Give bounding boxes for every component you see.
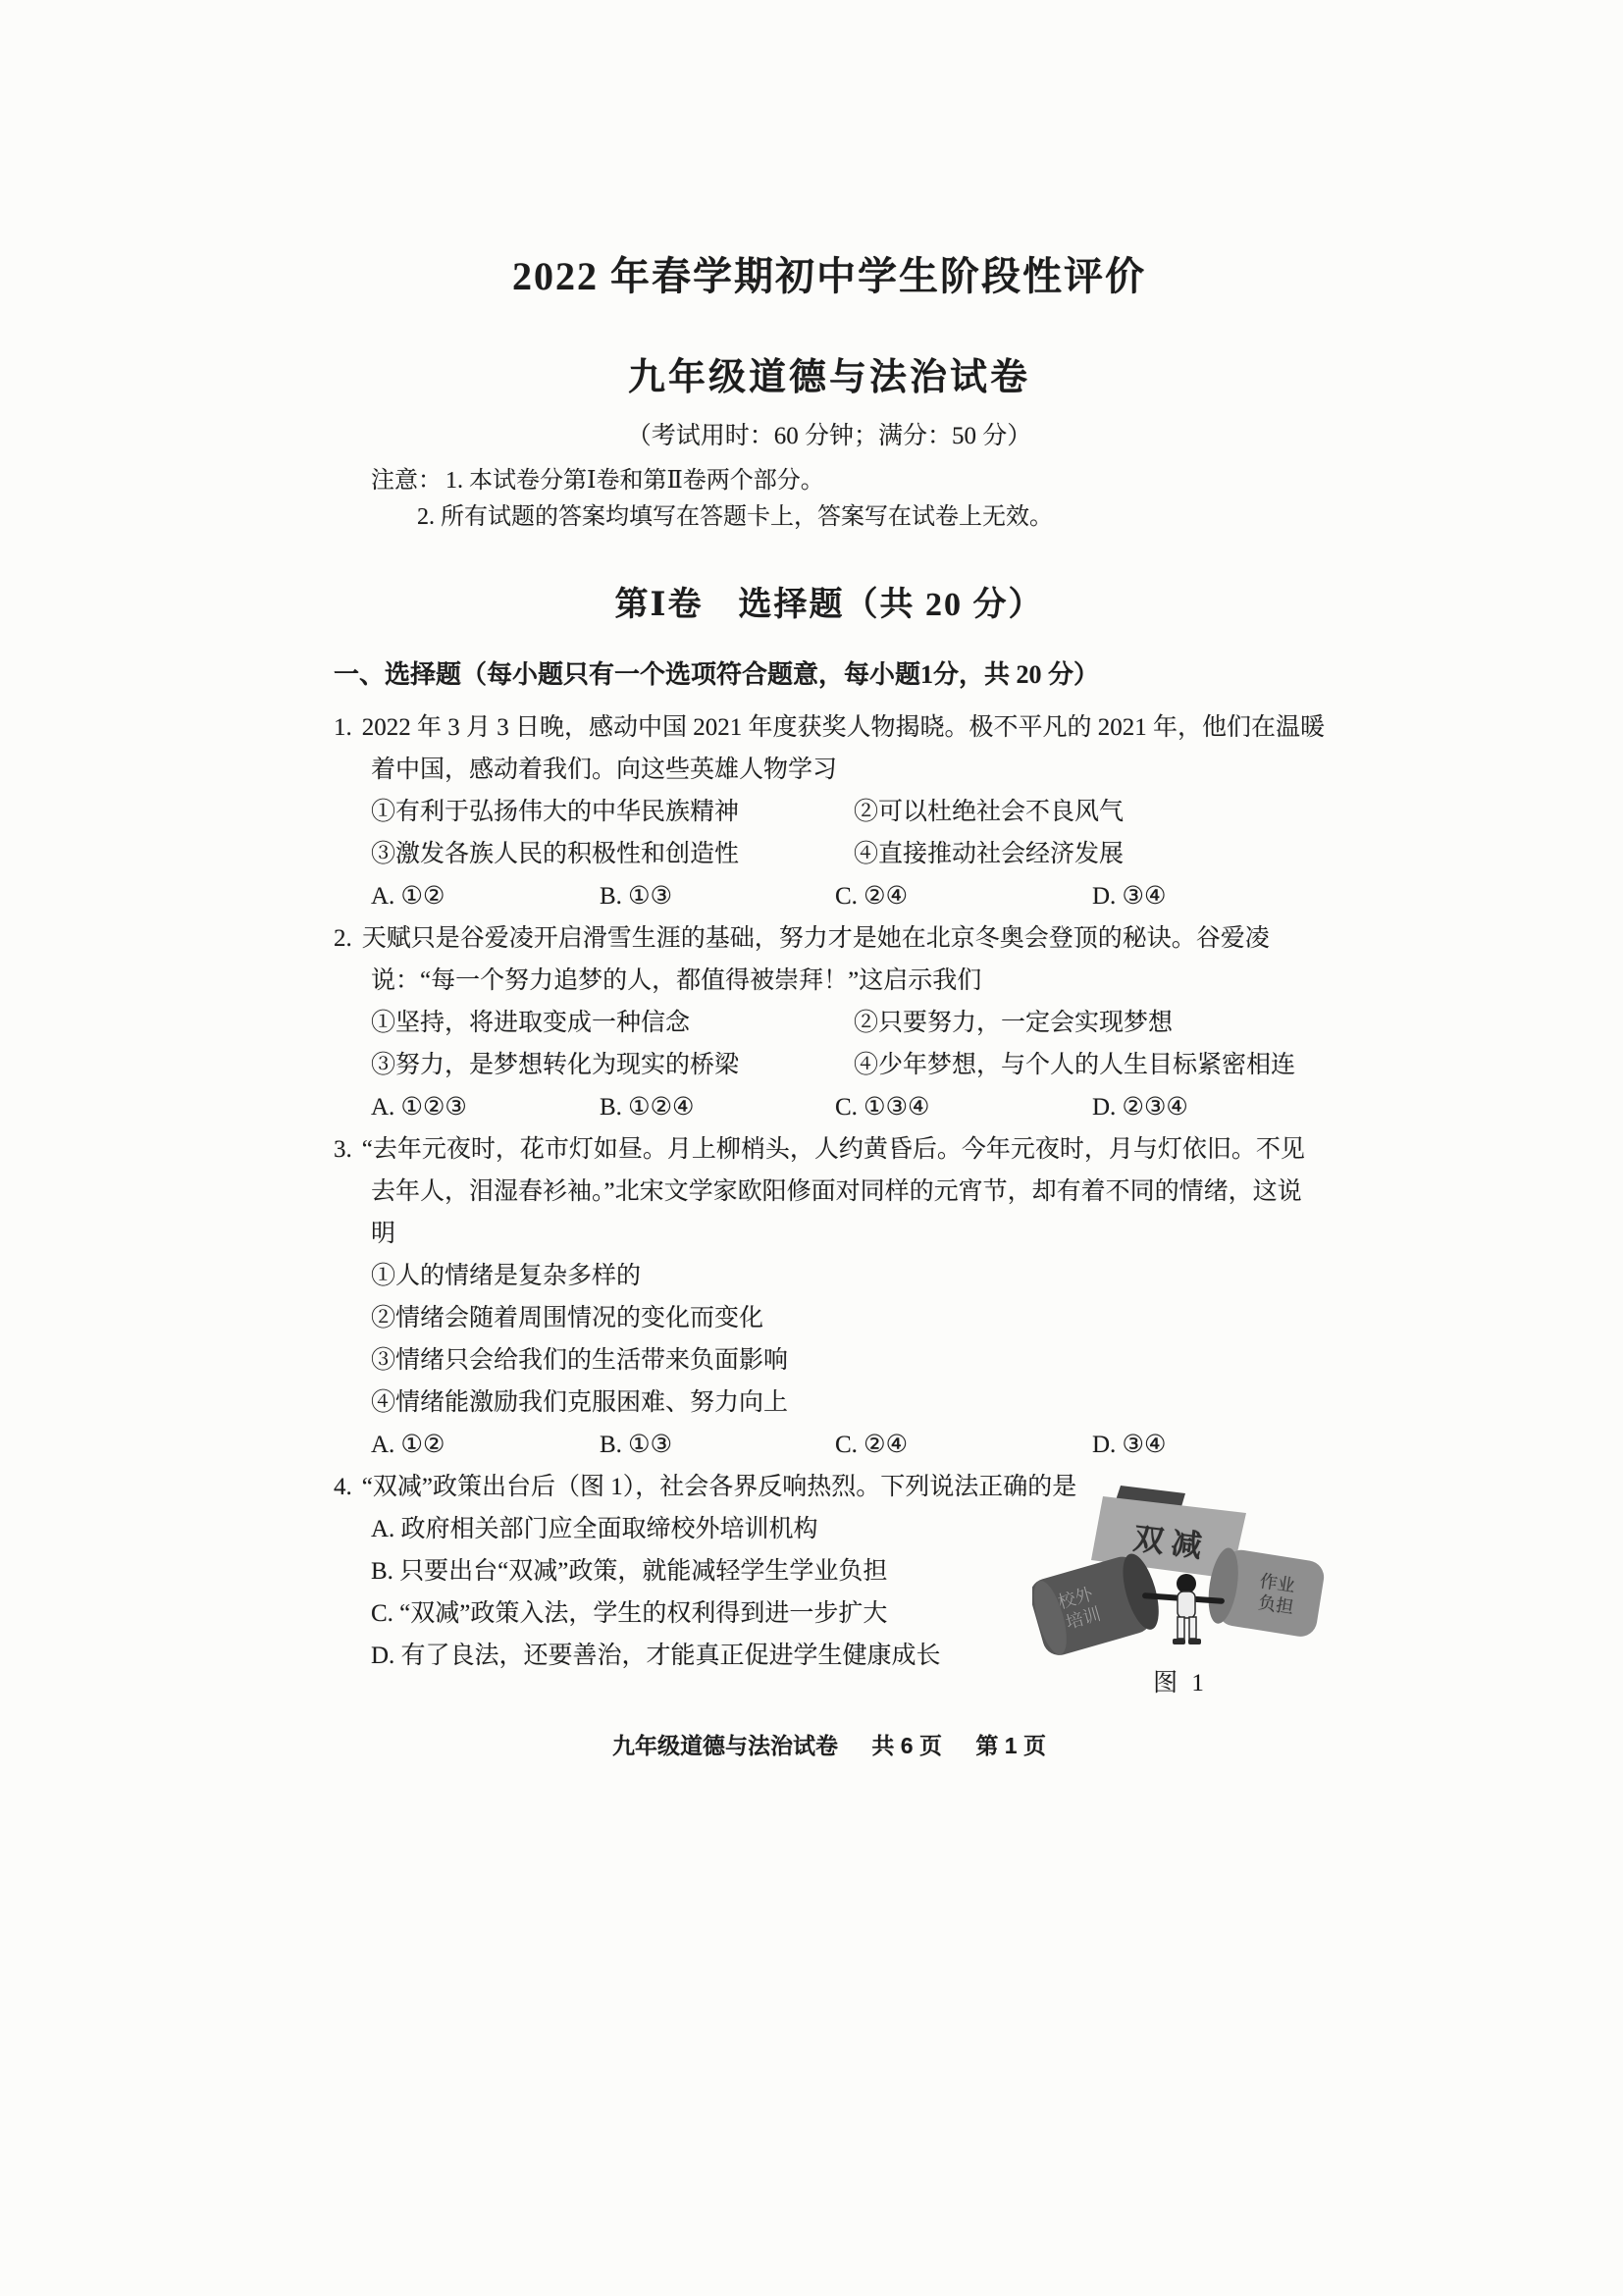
page-footer: 九年级道德与法治试卷 共 6 页 第 1 页 (334, 1728, 1325, 1760)
question-2-stem: 2.天赋只是谷爱凌开启滑雪生涯的基础，努力才是她在北京冬奥会登顶的秘诀。谷爱凌说… (334, 917, 1325, 1002)
choice-d: D. ③④ (1092, 1424, 1325, 1466)
figure-1: 双 减 校外 培训 作业 (1032, 1484, 1329, 1704)
question-4: 4.“双减”政策出台后（图 1），社会各界反响热烈。下列说法正确的是 A. 政府… (334, 1466, 1325, 1677)
question-3: 3.“去年元夜时，花市灯如昼。月上柳梢头，人约黄昏后。今年元夜时，月与灯依旧。不… (334, 1128, 1325, 1466)
statement: ②只要努力，一定会实现梦想 (854, 1002, 1325, 1044)
statement: ②情绪会随着周围情况的变化而变化 (371, 1297, 1325, 1339)
option-d: D. 有了良法，还要善治，才能真正促进学生健康成长 (371, 1635, 1019, 1677)
exam-title: 2022 年春学期初中学生阶段性评价 (334, 245, 1325, 301)
choice-b: B. ①②④ (600, 1086, 835, 1128)
question-1: 1.2022 年 3 月 3 日晚，感动中国 2021 年度获奖人物揭晓。极不平… (334, 706, 1325, 917)
question-1-statements: ①有利于弘扬伟大的中华民族精神 ②可以杜绝社会不良风气 ③激发各族人民的积极性和… (371, 791, 1325, 875)
choice-c: C. ②④ (835, 875, 1092, 917)
double-reduction-cartoon-icon: 双 减 校外 培训 作业 (1032, 1484, 1329, 1658)
section-directions: 一、选择题（每小题只有一个选项符合题意，每小题1分，共 20 分） (334, 654, 1325, 691)
notice-text-1: 1. 本试卷分第Ⅰ卷和第Ⅱ卷两个部分。 (445, 468, 824, 494)
statement: ①人的情绪是复杂多样的 (371, 1255, 1325, 1297)
question-3-text: “去年元夜时，花市灯如昼。月上柳梢头，人约黄昏后。今年元夜时，月与灯依旧。不见去… (362, 1136, 1305, 1247)
choice-a: A. ①② (371, 875, 600, 917)
statement: ③情绪只会给我们的生活带来负面影响 (371, 1339, 1325, 1382)
choice-d: D. ②③④ (1092, 1086, 1325, 1128)
question-1-stem: 1.2022 年 3 月 3 日晚，感动中国 2021 年度获奖人物揭晓。极不平… (334, 706, 1325, 791)
right-weight: 作业 负担 (1204, 1545, 1327, 1639)
page-content: 2022 年春学期初中学生阶段性评价 九年级道德与法治试卷 （考试用时：60 分… (334, 0, 1325, 1760)
choice-b: B. ①③ (600, 875, 835, 917)
question-2-text: 天赋只是谷爱凌开启滑雪生涯的基础，努力才是她在北京冬奥会登顶的秘诀。谷爱凌说：“… (362, 925, 1270, 994)
footer-page-current: 第 1 页 (975, 1733, 1046, 1758)
option-b: B. 只要出台“双减”政策，就能减轻学生学业负担 (371, 1550, 1019, 1592)
question-2-statements: ①坚持，将进取变成一种信念 ②只要努力，一定会实现梦想 ③努力，是梦想转化为现实… (371, 1002, 1325, 1086)
question-3-stem: 3.“去年元夜时，花市灯如昼。月上柳梢头，人约黄昏后。今年元夜时，月与灯依旧。不… (334, 1128, 1325, 1255)
question-3-choices: A. ①② B. ①③ C. ②④ D. ③④ (371, 1424, 1325, 1466)
question-1-number: 1. (334, 714, 352, 741)
question-3-statements: ①人的情绪是复杂多样的 ②情绪会随着周围情况的变化而变化 ③情绪只会给我们的生活… (371, 1255, 1325, 1424)
statement: ①坚持，将进取变成一种信念 (371, 1002, 854, 1044)
choice-b: B. ①③ (600, 1424, 835, 1466)
statement: ④少年梦想，与个人的人生目标紧密相连 (854, 1044, 1325, 1086)
question-2-number: 2. (334, 925, 352, 952)
exam-duration-score: （考试用时：60 分钟；满分：50 分） (334, 416, 1325, 451)
question-2-choices: A. ①②③ B. ①②④ C. ①③④ D. ②③④ (371, 1086, 1325, 1128)
notice-label: 注意： (371, 468, 442, 494)
scanned-exam-page: 2022 年春学期初中学生阶段性评价 九年级道德与法治试卷 （考试用时：60 分… (0, 0, 1623, 2296)
question-list: 1.2022 年 3 月 3 日晚，感动中国 2021 年度获奖人物揭晓。极不平… (334, 706, 1325, 1677)
question-4-number: 4. (334, 1474, 352, 1500)
question-4-text: “双减”政策出台后（图 1），社会各界反响热烈。下列说法正确的是 (362, 1474, 1076, 1500)
choice-a: A. ①② (371, 1424, 600, 1466)
exam-notice: 注意：1. 本试卷分第Ⅰ卷和第Ⅱ卷两个部分。 2. 所有试题的答案均填写在答题卡… (371, 463, 1325, 536)
question-4-options: A. 政府相关部门应全面取缔校外培训机构 B. 只要出台“双减”政策，就能减轻学… (371, 1508, 1019, 1677)
question-3-number: 3. (334, 1136, 352, 1163)
footer-pages-total: 共 6 页 (871, 1733, 942, 1758)
choice-a: A. ①②③ (371, 1086, 600, 1128)
choice-c: C. ①③④ (835, 1086, 1092, 1128)
choice-c: C. ②④ (835, 1424, 1092, 1466)
statement: ④直接推动社会经济发展 (854, 833, 1325, 875)
child-figure (1173, 1574, 1201, 1644)
exam-subtitle: 九年级道德与法治试卷 (334, 346, 1325, 400)
left-weight: 校外 培训 (1032, 1550, 1166, 1658)
notice-line-1: 注意：1. 本试卷分第Ⅰ卷和第Ⅱ卷两个部分。 (371, 463, 1325, 499)
question-1-choices: A. ①② B. ①③ C. ②④ D. ③④ (371, 875, 1325, 917)
question-1-text: 2022 年 3 月 3 日晚，感动中国 2021 年度获奖人物揭晓。极不平凡的… (362, 714, 1325, 783)
notice-line-2: 2. 所有试题的答案均填写在答题卡上，答案写在试卷上无效。 (417, 499, 1325, 536)
choice-d: D. ③④ (1092, 875, 1325, 917)
option-c: C. “双减”政策入法，学生的权利得到进一步扩大 (371, 1592, 1019, 1635)
statement: ④情绪能激励我们克服困难、努力向上 (371, 1382, 1325, 1424)
statement: ③努力，是梦想转化为现实的桥梁 (371, 1044, 854, 1086)
figure-1-caption: 图 1 (1032, 1662, 1329, 1704)
statement: ①有利于弘扬伟大的中华民族精神 (371, 791, 854, 833)
statement: ③激发各族人民的积极性和创造性 (371, 833, 854, 875)
question-2: 2.天赋只是谷爱凌开启滑雪生涯的基础，努力才是她在北京冬奥会登顶的秘诀。谷爱凌说… (334, 917, 1325, 1128)
footer-doc-name: 九年级道德与法治试卷 (612, 1733, 838, 1758)
statement: ②可以杜绝社会不良风气 (854, 791, 1325, 833)
option-a: A. 政府相关部门应全面取缔校外培训机构 (371, 1508, 1019, 1550)
section-title: 第Ⅰ卷 选择题（共 20 分） (334, 577, 1325, 625)
